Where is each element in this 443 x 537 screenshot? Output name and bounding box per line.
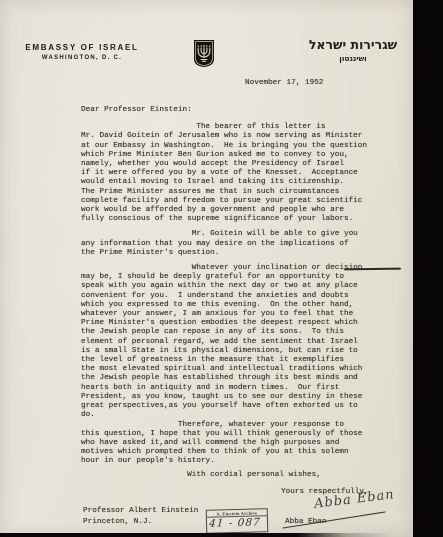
date-line: November 17, 1952 [245, 79, 323, 88]
recipient-block: Professor Albert Einstein Princeton, N.J… [83, 506, 198, 527]
paragraph-2: Mr. Goitein will be able to give you any… [81, 230, 391, 258]
letter-scan: EMBASSY OF ISRAEL WASHINGTON, D. C. [0, 0, 443, 537]
scan-right-margin [413, 0, 443, 537]
paragraph-4: Therefore, whatever your response to thi… [81, 421, 391, 467]
embassy-city: WASHINGTON, D. C. [18, 55, 146, 61]
letter-paper: EMBASSY OF ISRAEL WASHINGTON, D. C. [0, 0, 413, 537]
letter-body: Dear Professor Einstein: The bearer of t… [81, 106, 391, 480]
paragraph-1: The bearer of this letter is Mr. David G… [81, 123, 391, 224]
paragraph-3: Whatever your inclination or decision ma… [81, 264, 391, 420]
closing-line: With cordial personal wishes, [81, 471, 391, 480]
decision-pen-strike-mark [344, 268, 401, 271]
embassy-name: EMBASSY OF ISRAEL [18, 43, 146, 52]
embassy-name-hebrew: שגרירות ישראל [298, 37, 408, 52]
letterhead-english: EMBASSY OF ISRAEL WASHINGTON, D. C. [18, 43, 146, 61]
typed-name: Abba Eban [285, 518, 327, 527]
letterhead-hebrew: שגרירות ישראל ושינגטון [298, 37, 408, 63]
stamp-number: 41 - 087 [207, 516, 268, 530]
israel-menorah-shield-icon [193, 39, 215, 68]
salutation: Dear Professor Einstein: [81, 106, 391, 115]
scan-bottom-shadow [0, 533, 413, 537]
archive-stamp: A. Einstein Archive 41 - 087 [206, 508, 269, 534]
embassy-city-hebrew: ושינגטון [298, 54, 408, 63]
